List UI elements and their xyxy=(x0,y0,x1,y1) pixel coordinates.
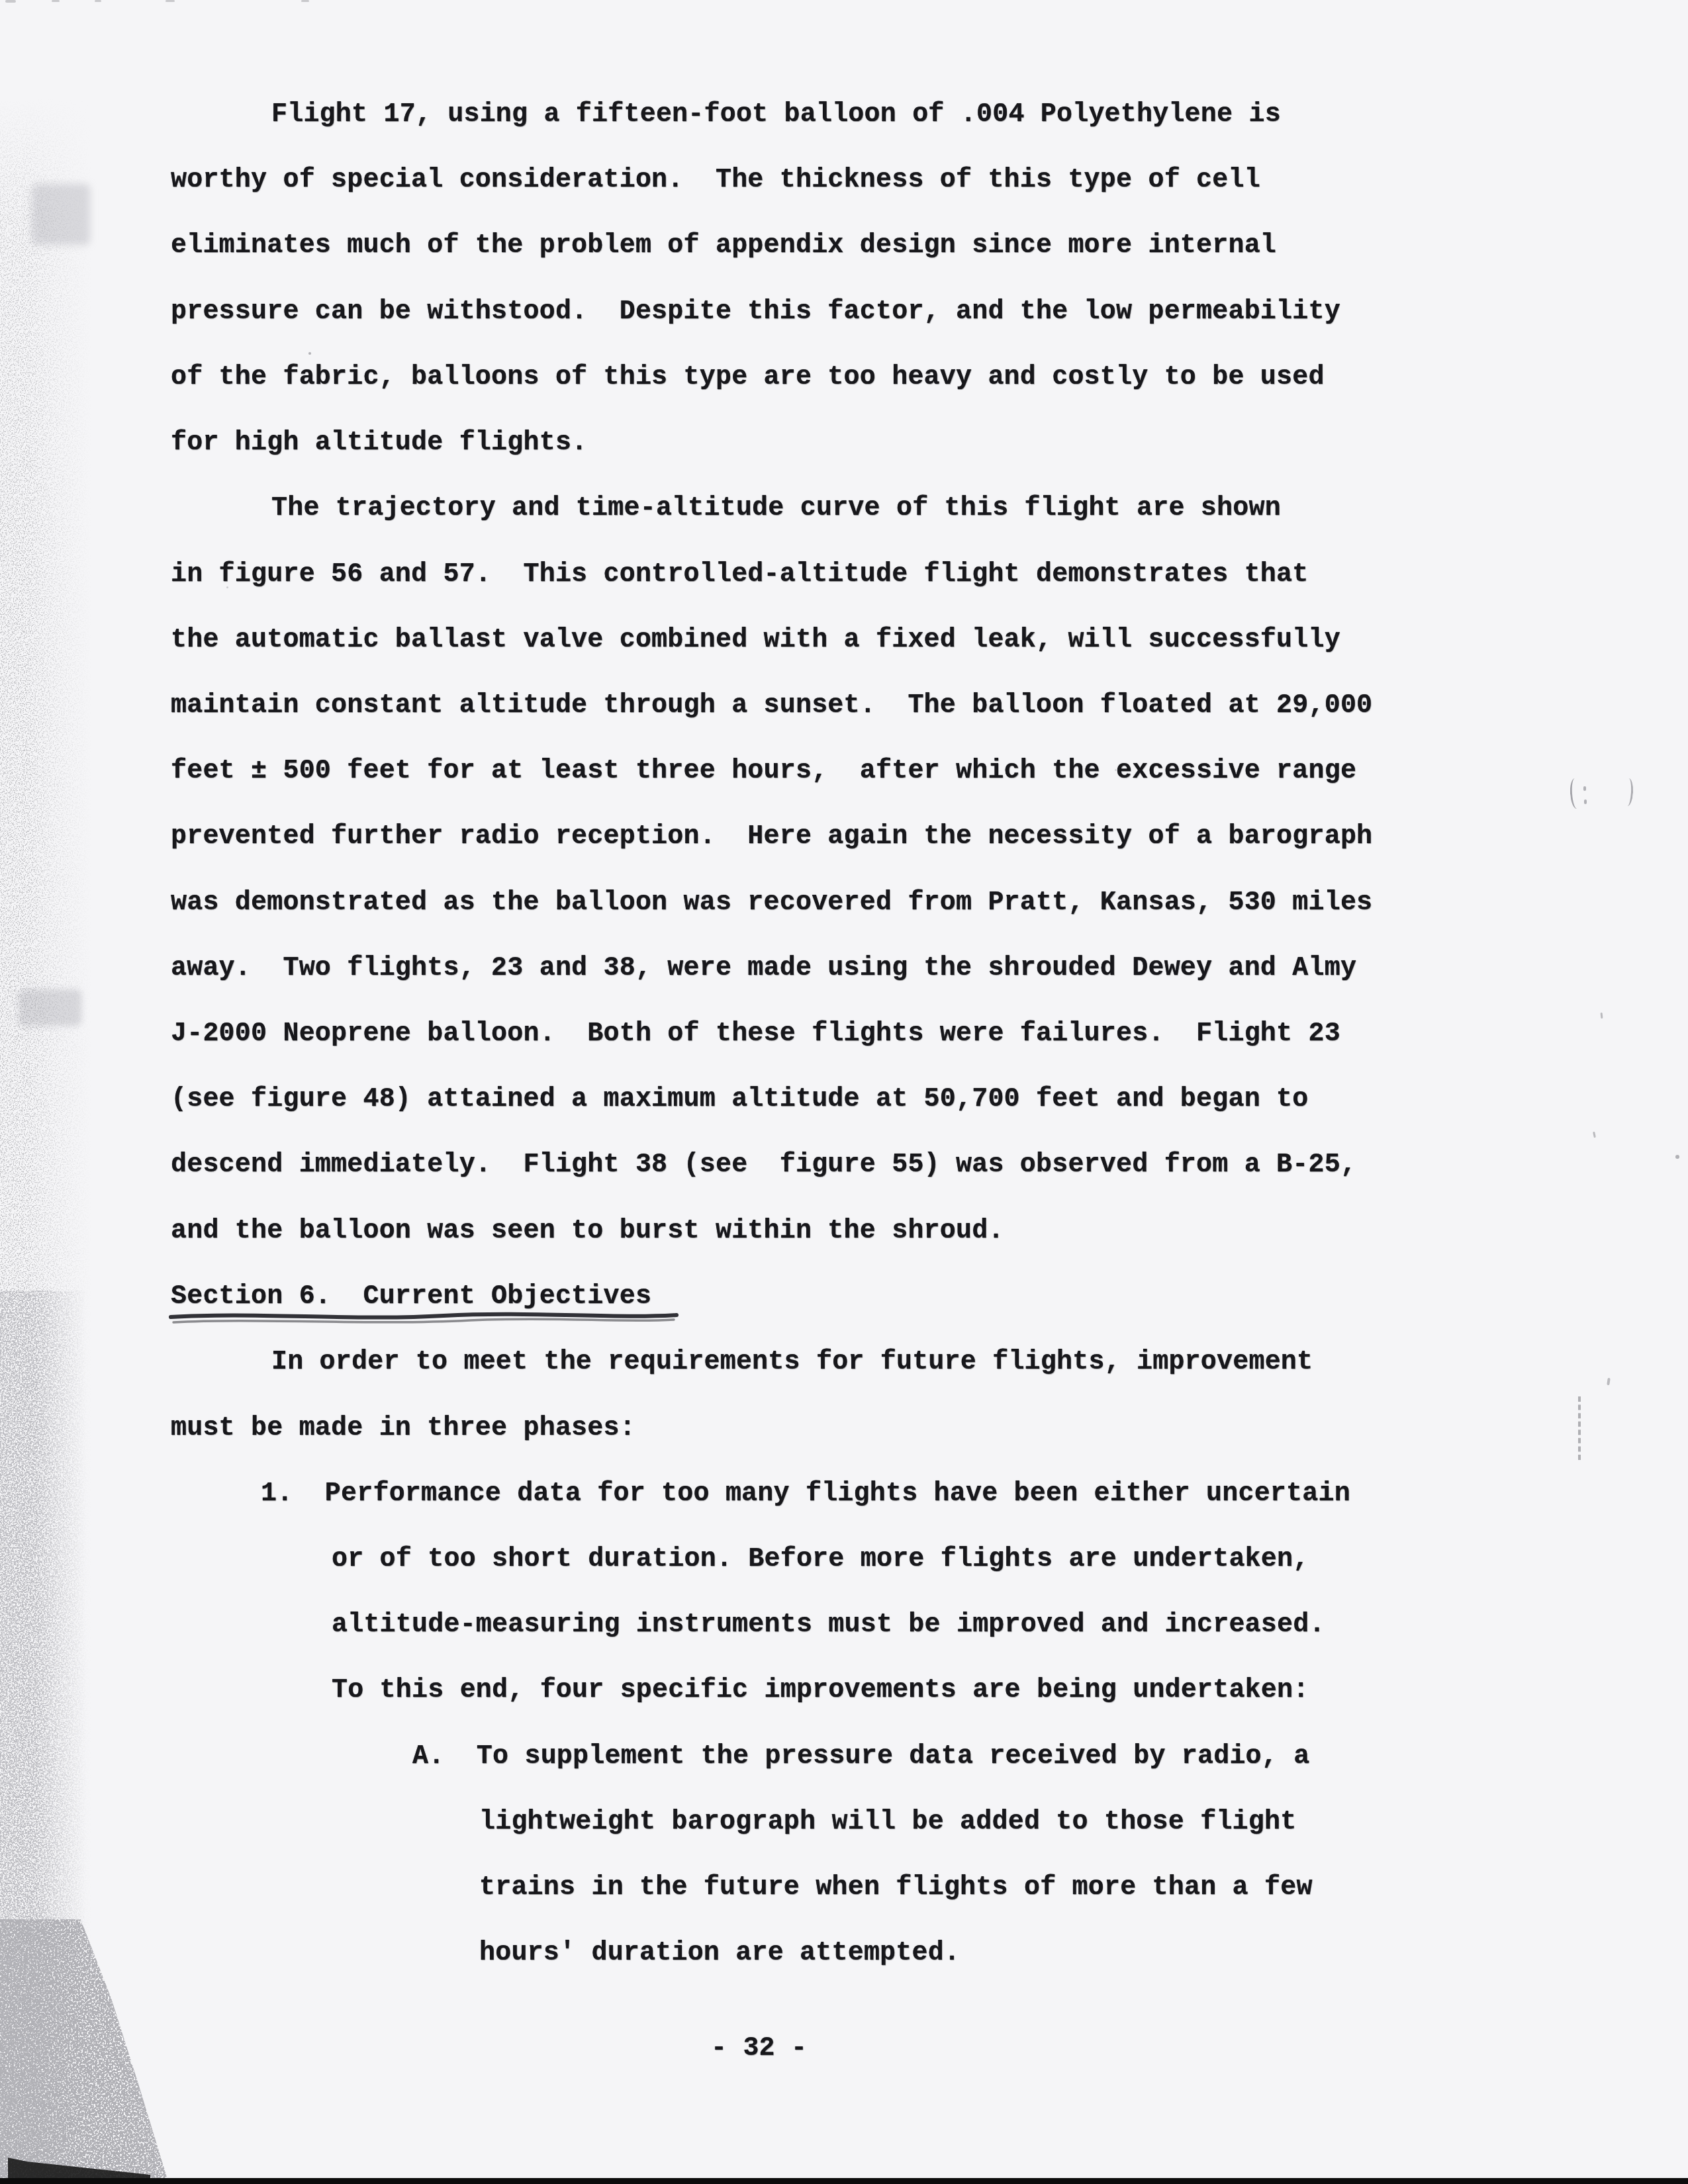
list-item-line: 1. Performance data for too many flights… xyxy=(261,1479,1350,1510)
pencil-mark-open-paren xyxy=(1569,778,1582,809)
list-item-line: To this end, four specific improvements … xyxy=(332,1675,1309,1707)
section-heading-underline xyxy=(159,1309,688,1330)
list-item-line: A. To supplement the pressure data recei… xyxy=(412,1741,1309,1773)
body-line: the automatic ballast valve combined wit… xyxy=(171,625,1340,657)
scan-speck xyxy=(226,586,228,588)
body-line: worthy of special consideration. The thi… xyxy=(171,165,1260,197)
scan-smudge xyxy=(32,184,90,245)
page-number: - 32 - xyxy=(711,2033,807,2065)
pencil-mark-tick xyxy=(1601,1013,1603,1019)
scan-speck xyxy=(173,762,175,764)
scan-edge-dash xyxy=(52,0,60,2)
body-line: must be made in three phases: xyxy=(171,1413,635,1445)
scan-speck xyxy=(308,352,311,355)
pencil-mark-close-brace xyxy=(1622,778,1634,807)
body-line: Flight 17, using a fifteen-foot balloon … xyxy=(271,99,1281,131)
body-line: in figure 56 and 57. This controlled-alt… xyxy=(171,559,1308,591)
scan-smudge xyxy=(19,989,81,1026)
pencil-mark-vertical-dashes xyxy=(1578,1396,1581,1460)
body-line: and the balloon was seen to burst within… xyxy=(171,1216,1004,1248)
list-item-line: lightweight barograph will be added to t… xyxy=(479,1807,1296,1839)
body-line: J-2000 Neoprene balloon. Both of these f… xyxy=(171,1019,1340,1050)
scanned-document-page: Flight 17, using a fifteen-foot balloon … xyxy=(0,0,1688,2184)
body-line: (see figure 48) attained a maximum altit… xyxy=(171,1084,1308,1116)
body-line: away. Two flights, 23 and 38, were made … xyxy=(171,953,1356,985)
list-item-line: or of too short duration. Before more fl… xyxy=(332,1544,1309,1576)
section-heading: Section 6. Current Objectives xyxy=(171,1281,651,1313)
body-line: for high altitude flights. xyxy=(171,428,587,459)
list-item-line: hours' duration are attempted. xyxy=(479,1938,960,1970)
list-item-line: altitude-measuring instruments must be i… xyxy=(332,1610,1325,1641)
body-line: of the fabric, balloons of this type are… xyxy=(171,362,1325,394)
scan-black-strip-bottom xyxy=(0,2178,1688,2184)
body-line: feet ± 500 feet for at least three hours… xyxy=(171,756,1356,788)
body-line: descend immediately. Flight 38 (see figu… xyxy=(171,1150,1356,1181)
scan-speck xyxy=(1115,769,1117,771)
body-line: eliminates much of the problem of append… xyxy=(171,230,1276,262)
pencil-mark-dot xyxy=(1583,786,1586,791)
pencil-mark-tick xyxy=(1593,1132,1596,1138)
pencil-mark-dot xyxy=(1584,799,1587,804)
pencil-mark-tick xyxy=(1607,1378,1610,1385)
scan-edge-dash xyxy=(95,0,101,2)
scan-edge-dash xyxy=(5,0,16,3)
scan-noise-corner-blob xyxy=(0,1919,192,2184)
body-line: maintain constant altitude through a sun… xyxy=(171,690,1372,722)
body-line: The trajectory and time-altitude curve o… xyxy=(271,493,1281,525)
scan-edge-dash xyxy=(165,0,175,2)
body-line: In order to meet the requirements for fu… xyxy=(271,1347,1313,1379)
scan-edge-dash xyxy=(301,0,309,2)
body-line: was demonstrated as the balloon was reco… xyxy=(171,887,1372,919)
list-item-line: trains in the future when flights of mor… xyxy=(479,1872,1313,1904)
body-line: pressure can be withstood. Despite this … xyxy=(171,296,1340,328)
scan-speck xyxy=(1675,1155,1679,1159)
body-line: prevented further radio reception. Here … xyxy=(171,821,1372,853)
